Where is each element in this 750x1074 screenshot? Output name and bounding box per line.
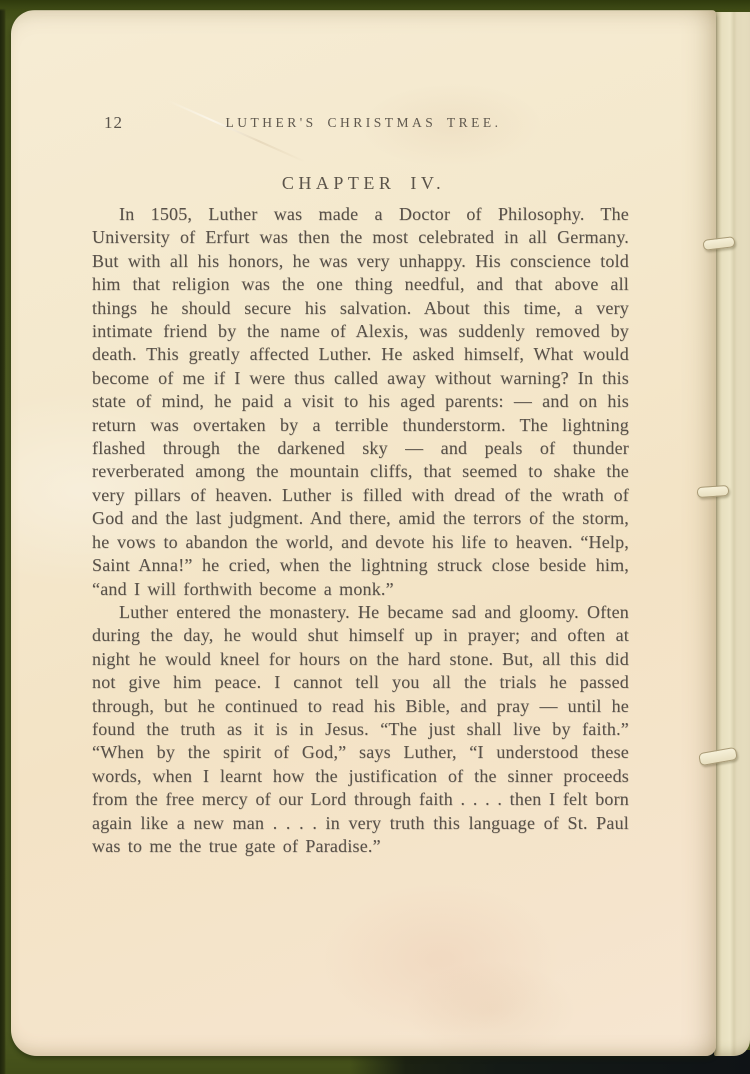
running-header: LUTHER'S CHRISTMAS TREE. (11, 115, 716, 131)
photo-edge-left (0, 0, 6, 1074)
scanned-book-photo: 12 LUTHER'S CHRISTMAS TREE. CHAPTER IV. … (0, 0, 750, 1074)
chapter-heading: CHAPTER IV. (11, 173, 716, 194)
page-header: 12 LUTHER'S CHRISTMAS TREE. (11, 113, 716, 135)
binding-stitch-middle (697, 485, 730, 498)
paragraph-1: In 1505, Luther was made a Doctor of Phi… (92, 203, 629, 601)
paragraph-2: Luther entered the monastery. He became … (92, 601, 629, 858)
next-page-edge (714, 12, 750, 1056)
photo-edge-top (0, 0, 750, 11)
book-page: 12 LUTHER'S CHRISTMAS TREE. CHAPTER IV. … (11, 10, 716, 1056)
body-text: In 1505, Luther was made a Doctor of Phi… (92, 203, 629, 858)
